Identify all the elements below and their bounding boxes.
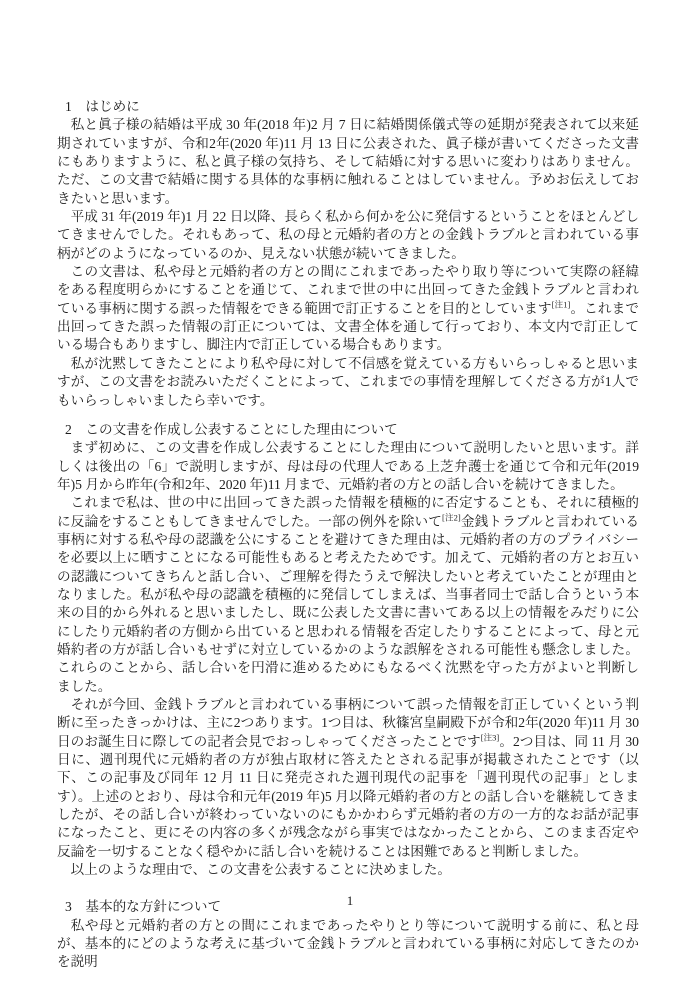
paragraph-text: 。2つ目は、同 11 月 30 日に、週刊現代に元婚約者の方が独占取材に答えたと… [57, 734, 639, 859]
paragraph: 以上のような理由で、この文書を公表することに決めました。 [57, 861, 639, 879]
footnote-ref-3: [注3] [481, 732, 500, 742]
paragraph: まず初めに、この文書を作成し公表することにした理由について説明したいと思います。… [57, 439, 639, 494]
paragraph-text: 金銭トラブルと言われている事柄に対する私や母の認識を公にすることを避けてきた理由… [57, 514, 639, 694]
paragraph-text: 私や母と元婚約者の方との間にこれまであったやりとり等について説明する前に、私と母… [57, 918, 639, 970]
document-page: 1 はじめに 私と眞子様の結婚は平成 30 年(2018 年)2 月 7 日に結… [0, 0, 700, 989]
section-3-houshin: 3 基本的な方針について 私や母と元婚約者の方との間にこれまであったやりとり等に… [57, 898, 639, 971]
footnote-ref-1: [注1] [552, 299, 571, 309]
paragraph-text: 以上のような理由で、この文書を公表することに決めました。 [71, 862, 451, 877]
section-heading: 2 この文書を作成し公表することにした理由について [57, 421, 639, 439]
paragraph: 平成 31 年(2019 年)1 月 22 日以降、長らく私から何かを公に発信す… [57, 208, 639, 263]
paragraph: 私が沈黙してきたことにより私や母に対して不信感を覚えている方もいらっしゃると思い… [57, 355, 639, 410]
paragraph-text: 私と眞子様の結婚は平成 30 年(2018 年)2 月 7 日に結婚関係儀式等の… [57, 117, 639, 205]
paragraph: この文書は、私や母と元婚約者の方との間にこれまであったやり取り等について実際の経… [57, 263, 639, 355]
footnote-ref-2: [注2] [442, 512, 461, 522]
document-body: 1 はじめに 私と眞子様の結婚は平成 30 年(2018 年)2 月 7 日に結… [57, 98, 639, 972]
paragraph: これまで私は、世の中に出回ってきた誤った情報を積極的に否定することも、それに積極… [57, 494, 639, 696]
page-number: 1 [0, 893, 700, 909]
paragraph-text: まず初めに、この文書を作成し公表することにした理由について説明したいと思います。… [57, 440, 639, 492]
paragraph-text: 平成 31 年(2019 年)1 月 22 日以降、長らく私から何かを公に発信す… [57, 209, 639, 261]
section-1-hajimeni: 1 はじめに 私と眞子様の結婚は平成 30 年(2018 年)2 月 7 日に結… [57, 98, 639, 410]
section-2-riyuu: 2 この文書を作成し公表することにした理由について まず初めに、この文書を作成し… [57, 421, 639, 880]
paragraph-text: 私が沈黙してきたことにより私や母に対して不信感を覚えている方もいらっしゃると思い… [57, 356, 639, 408]
paragraph: 私や母と元婚約者の方との間にこれまであったやりとり等について説明する前に、私と母… [57, 917, 639, 972]
section-heading: 1 はじめに [57, 98, 639, 116]
paragraph: それが今回、金銭トラブルと言われている事柄について誤った情報を訂正していくという… [57, 696, 639, 861]
paragraph: 私と眞子様の結婚は平成 30 年(2018 年)2 月 7 日に結婚関係儀式等の… [57, 116, 639, 208]
